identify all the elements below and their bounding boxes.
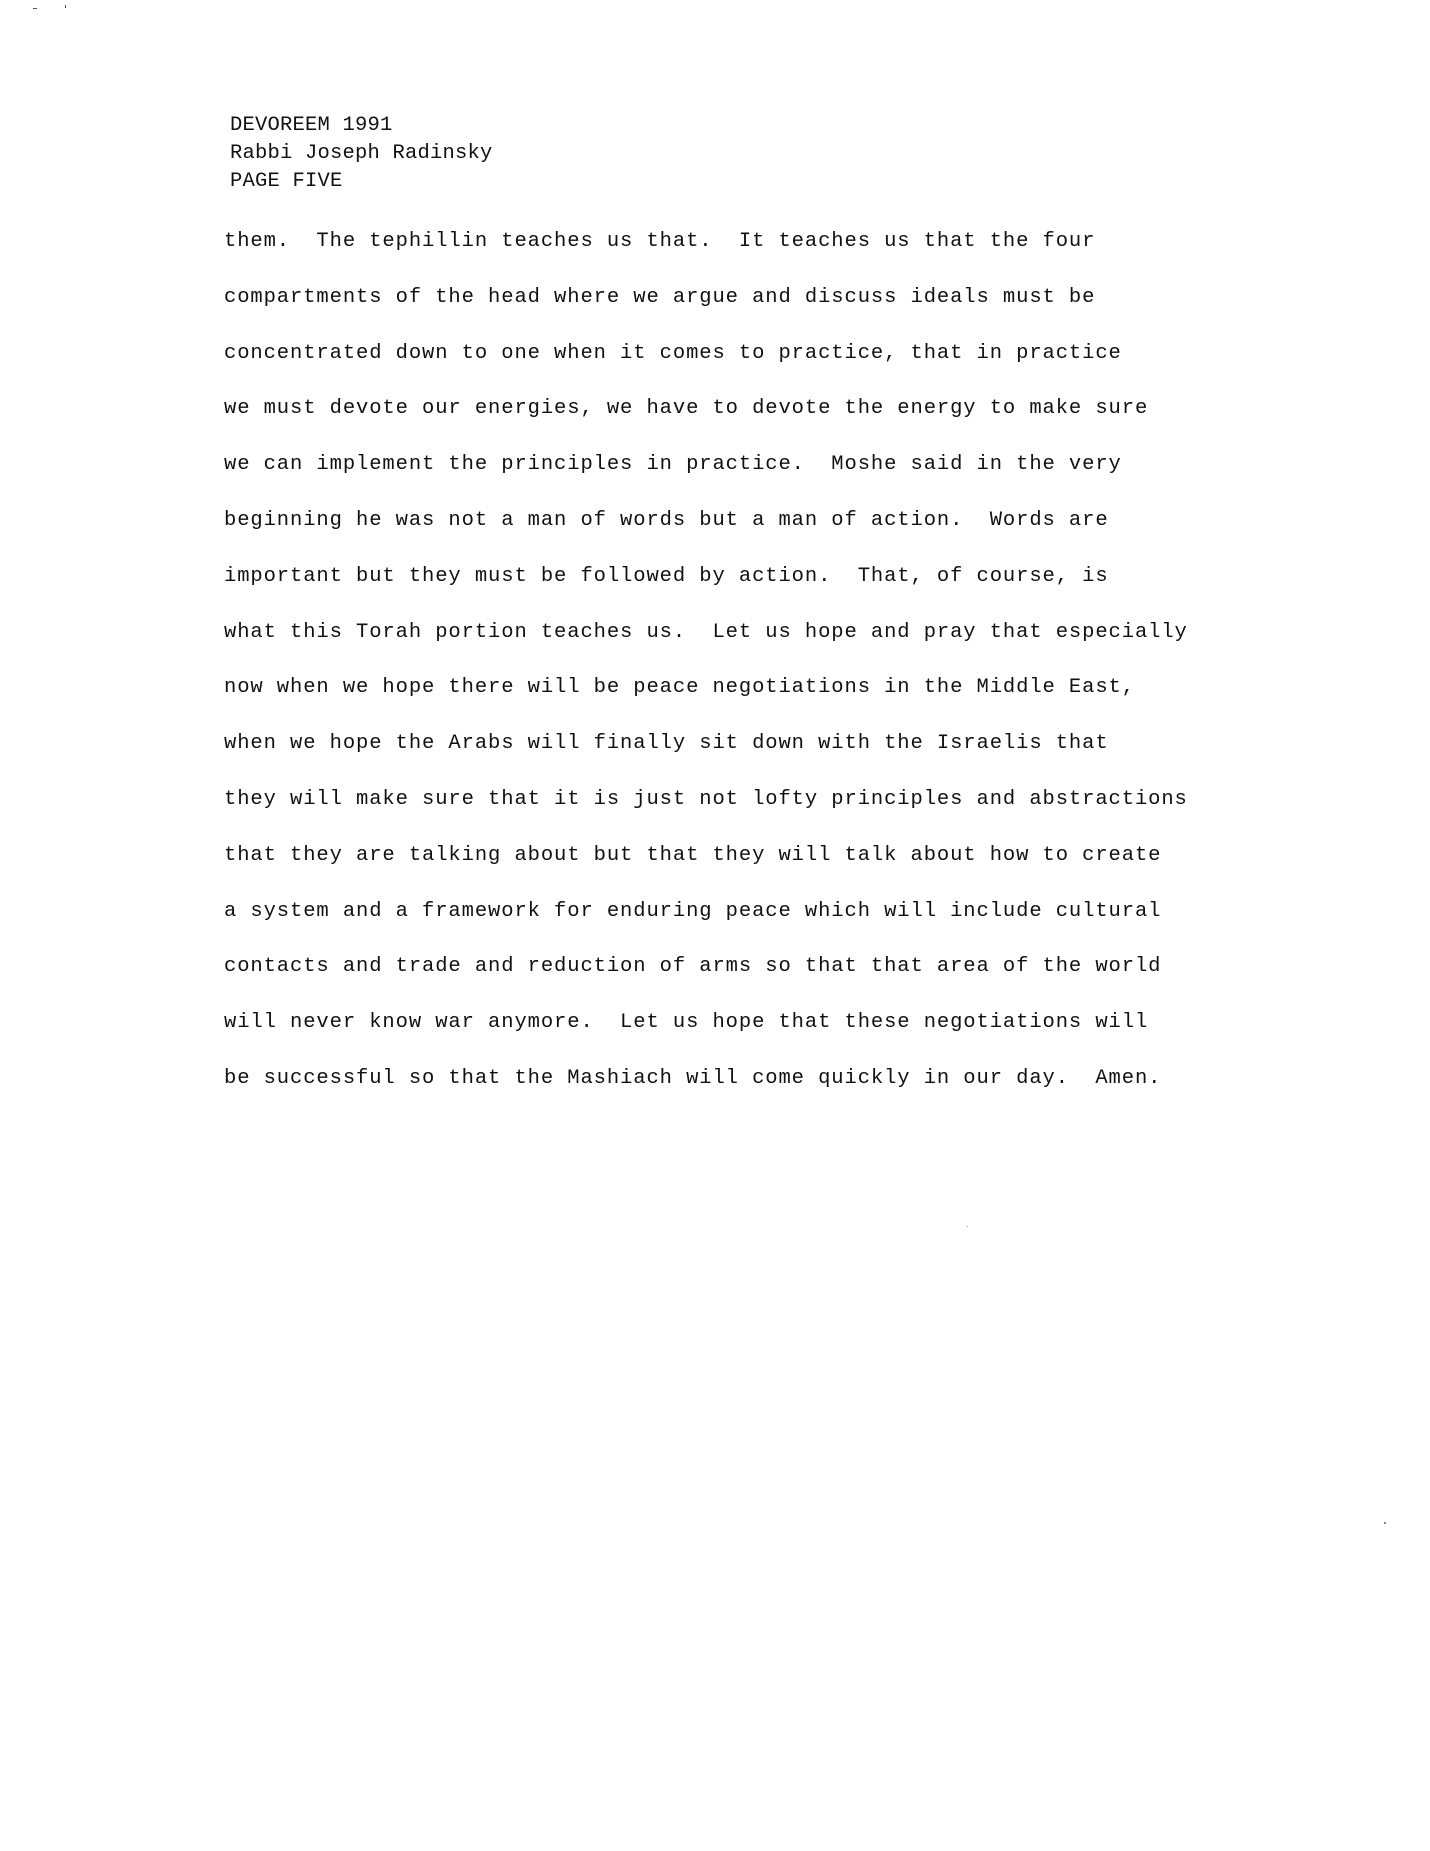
body-text-line: a system and a framework for enduring pe… <box>224 898 1244 954</box>
body-text-line: we can implement the principles in pract… <box>224 451 1244 507</box>
document-header: DEVOREEM 1991 Rabbi Joseph Radinsky PAGE… <box>230 112 493 196</box>
body-text-line: that they are talking about but that the… <box>224 842 1244 898</box>
body-text-line: beginning he was not a man of words but … <box>224 507 1244 563</box>
document-author: Rabbi Joseph Radinsky <box>230 140 493 168</box>
body-text-line: concentrated down to one when it comes t… <box>224 340 1244 396</box>
scan-artifact <box>65 5 66 8</box>
body-text-line: will never know war anymore. Let us hope… <box>224 1009 1244 1065</box>
body-text-line: when we hope the Arabs will finally sit … <box>224 730 1244 786</box>
scan-artifact <box>1384 1522 1386 1524</box>
body-text-line: they will make sure that it is just not … <box>224 786 1244 842</box>
body-text-line: now when we hope there will be peace neg… <box>224 674 1244 730</box>
document-title: DEVOREEM 1991 <box>230 112 493 140</box>
body-text-line: compartments of the head where we argue … <box>224 284 1244 340</box>
scan-artifact <box>33 8 37 9</box>
body-text-line: important but they must be followed by a… <box>224 563 1244 619</box>
body-text-line: be successful so that the Mashiach will … <box>224 1065 1244 1121</box>
body-text-line: we must devote our energies, we have to … <box>224 395 1244 451</box>
body-text-line: what this Torah portion teaches us. Let … <box>224 619 1244 675</box>
scan-artifact <box>967 1226 968 1227</box>
body-text-line: them. The tephillin teaches us that. It … <box>224 228 1244 284</box>
page-label: PAGE FIVE <box>230 168 493 196</box>
body-text-line: contacts and trade and reduction of arms… <box>224 953 1244 1009</box>
document-body: them. The tephillin teaches us that. It … <box>224 228 1244 1121</box>
